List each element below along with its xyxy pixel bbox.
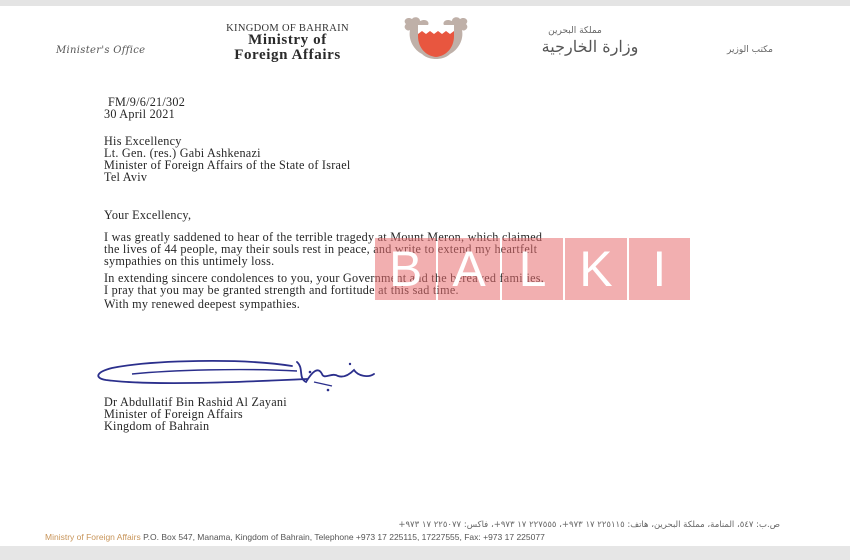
salutation: Your Excellency, <box>104 209 191 221</box>
closing-line: With my renewed deepest sympathies. <box>104 298 300 310</box>
footer-address-arabic: ص.ب: ٥٤٧، المنامة، مملكة البحرين، هاتف: … <box>80 520 780 530</box>
footer-address: Ministry of Foreign Affairs P.O. Box 547… <box>45 532 545 542</box>
recipient-line: Tel Aviv <box>104 171 351 183</box>
bahrain-coat-of-arms-icon <box>400 14 472 60</box>
ministry-title-arabic: وزارة الخارجية <box>505 37 675 56</box>
ministers-office-label-arabic: مكتب الوزير <box>695 45 805 55</box>
page-top-edge <box>0 0 850 6</box>
ministers-office-label: Minister's Office <box>56 45 145 56</box>
watermark-letter: L <box>502 238 563 300</box>
letter-date: 30 April 2021 <box>104 108 175 120</box>
signatory-line: Kingdom of Bahrain <box>104 420 287 432</box>
signature-icon <box>92 352 382 400</box>
footer-ministry-name: Ministry of Foreign Affairs <box>45 532 141 542</box>
ministry-title-line1: Ministry of <box>200 33 375 48</box>
watermark-letter: B <box>375 238 436 300</box>
ministry-title: Ministry of Foreign Affairs <box>200 33 375 63</box>
watermark-letter: I <box>629 238 690 300</box>
footer-contact-details: P.O. Box 547, Manama, Kingdom of Bahrain… <box>141 532 545 542</box>
page-bottom-edge <box>0 546 850 560</box>
ministry-title-line2: Foreign Affairs <box>200 48 375 63</box>
balki-watermark: B A L K I <box>375 238 690 300</box>
recipient-block: His Excellency Lt. Gen. (res.) Gabi Ashk… <box>104 135 351 183</box>
signatory-block: Dr Abdullatif Bin Rashid Al Zayani Minis… <box>104 396 287 432</box>
kingdom-label-arabic: مملكة البحرين <box>535 26 615 36</box>
watermark-letter: K <box>565 238 626 300</box>
watermark-letter: A <box>438 238 499 300</box>
